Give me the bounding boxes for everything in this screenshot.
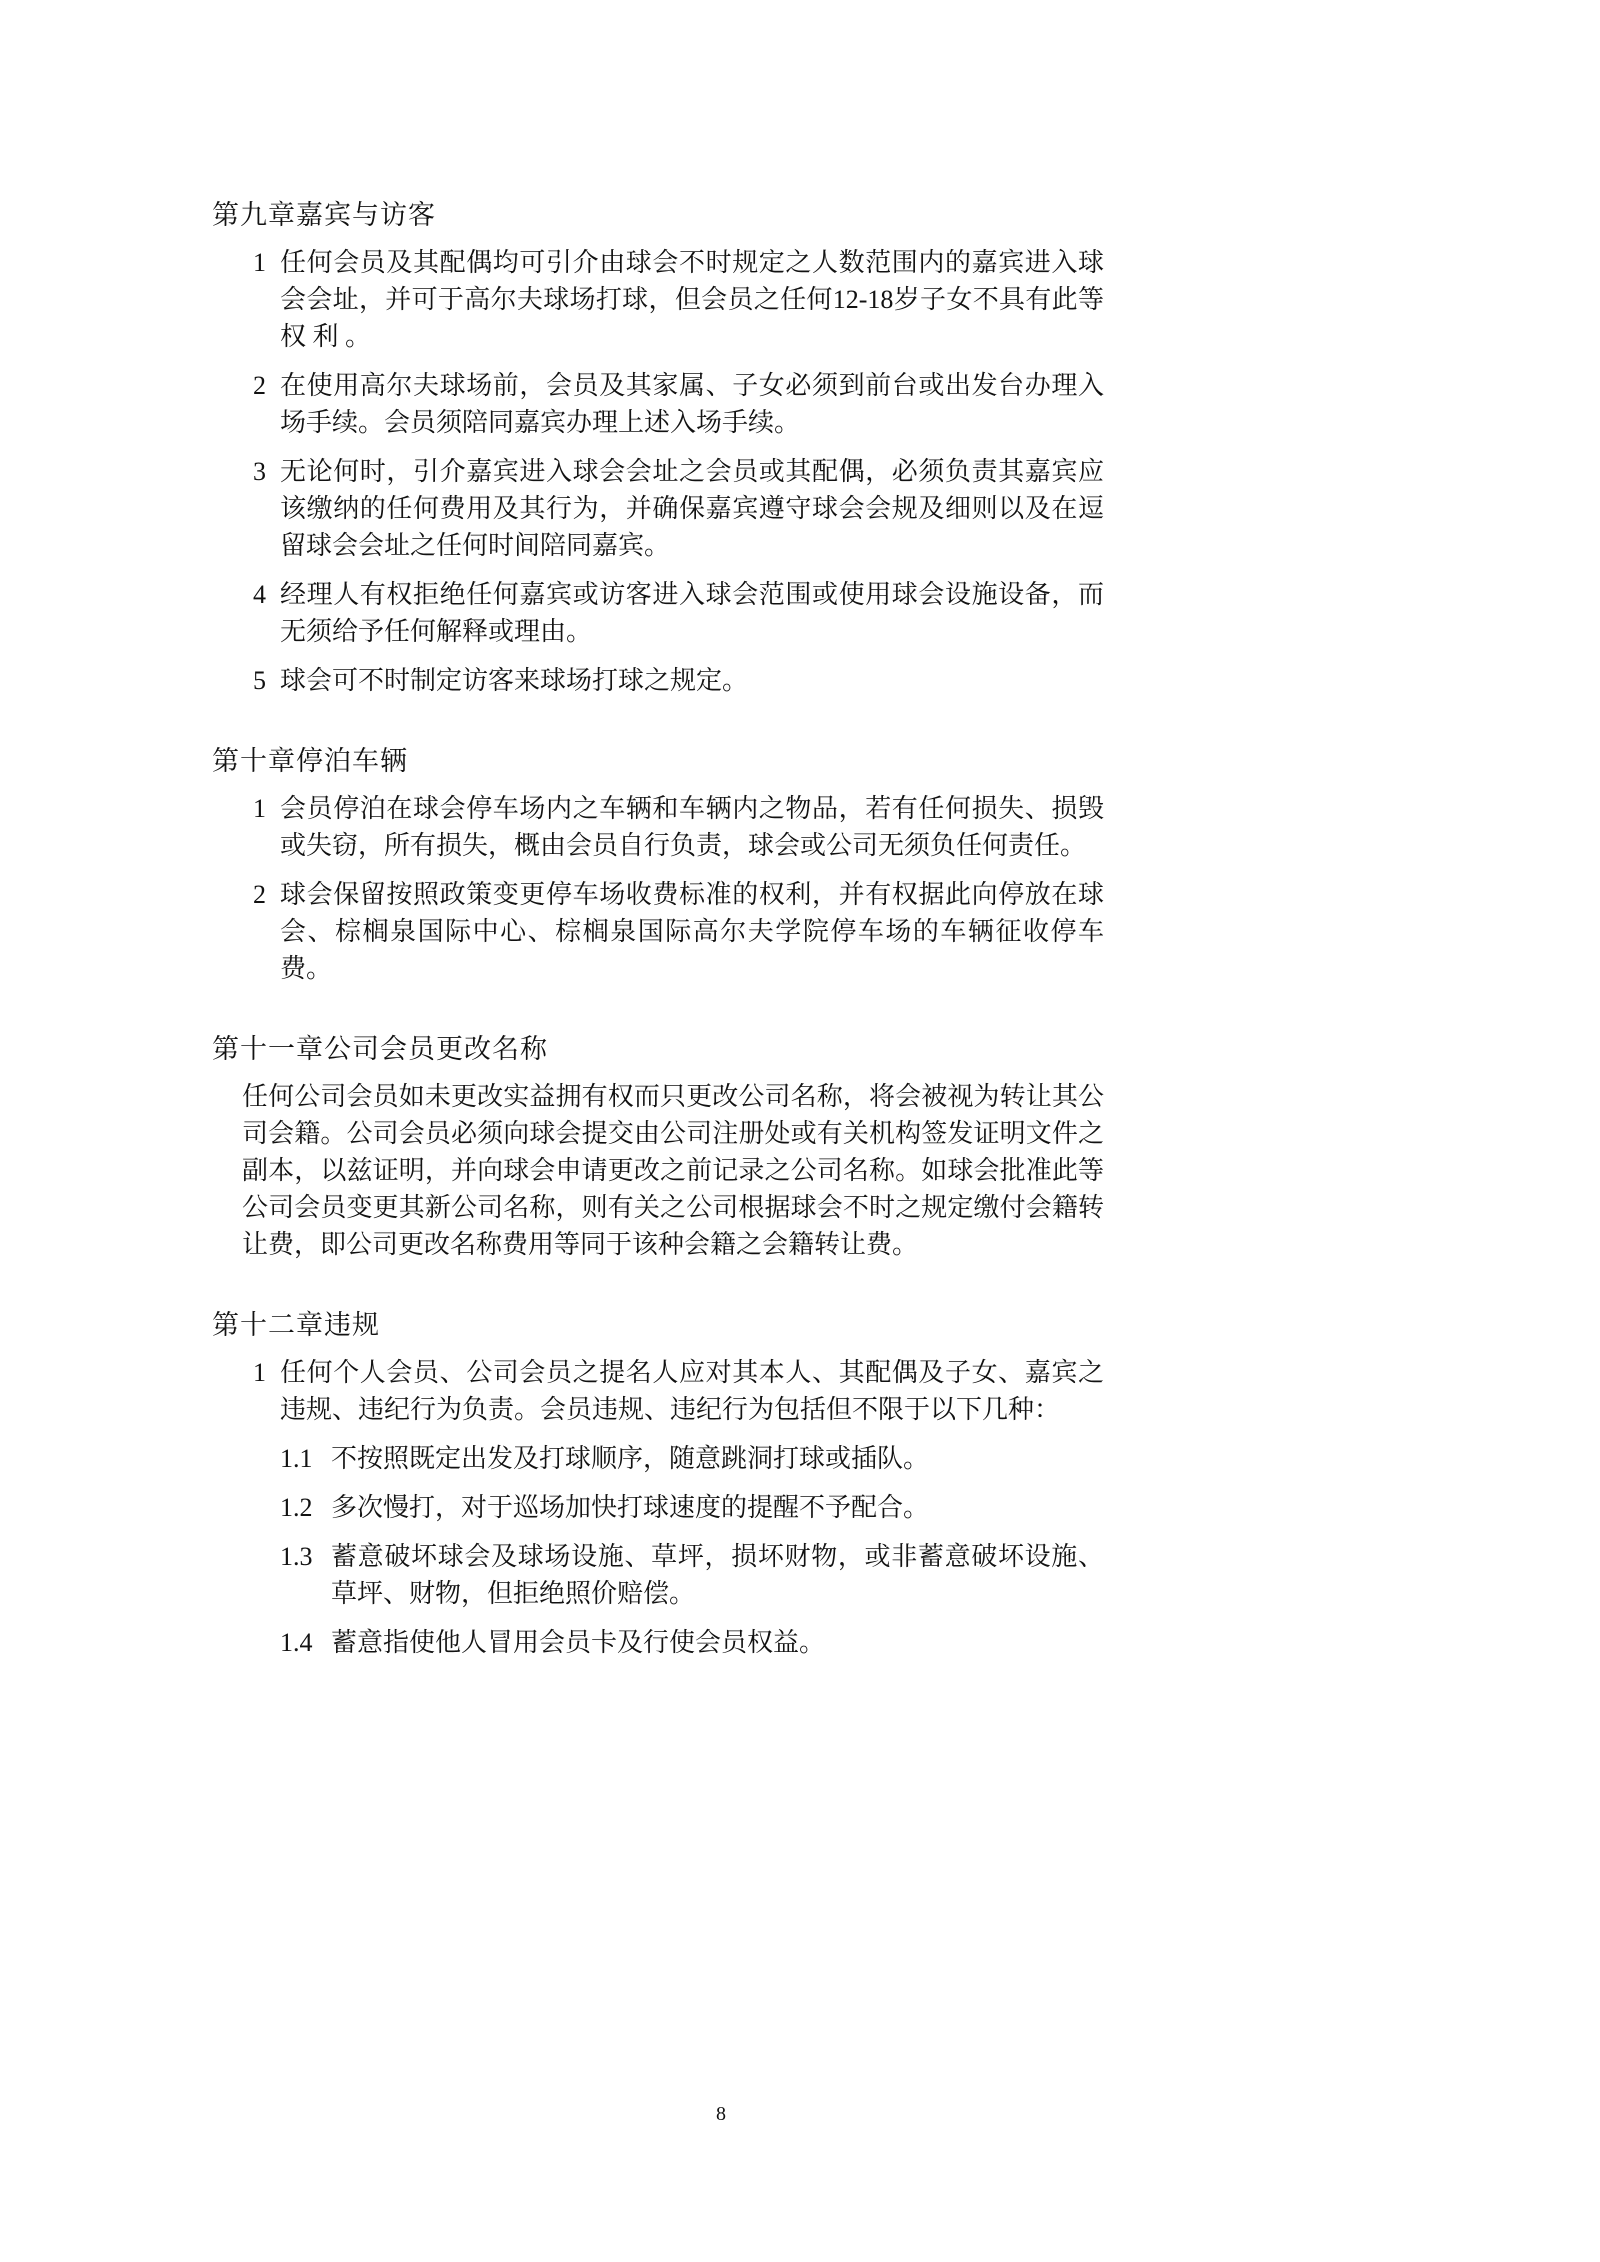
chapter-10-parking: 第十章停泊车辆 1 会员停泊在球会停车场内之车辆和车辆内之物品，若有任何损失、损… (212, 743, 1104, 987)
item-text: 球会保留按照政策变更停车场收费标准的权利，并有权据此向停放在球会、棕榈泉国际中心… (280, 876, 1104, 987)
sub-list-item: 1.4 蓄意指使他人冒用会员卡及行使会员权益。 (280, 1624, 1104, 1661)
chapter-10-title: 第十章停泊车辆 (212, 743, 1104, 780)
sub-list-item: 1.2 多次慢打，对于巡场加快打球速度的提醒不予配合。 (280, 1489, 1104, 1526)
chapter-12-title: 第十二章违规 (212, 1307, 1104, 1344)
subitem-number: 1.3 (280, 1538, 331, 1612)
sub-list-item: 1.1 不按照既定出发及打球顺序，随意跳洞打球或插队。 (280, 1440, 1104, 1477)
item-text: 球会可不时制定访客来球场打球之规定。 (280, 662, 1104, 699)
item-text: 在使用高尔夫球场前，会员及其家属、子女必须到前台或出发台办理入场手续。会员须陪同… (280, 367, 1104, 441)
document-page: 第九章嘉宾与访客 1 任何会员及其配偶均可引介由球会不时规定之人数范围内的嘉宾进… (0, 0, 1600, 2262)
chapter-9-title: 第九章嘉宾与访客 (212, 197, 1104, 234)
list-item: 1 会员停泊在球会停车场内之车辆和车辆内之物品，若有任何损失、损毁或失窃，所有损… (212, 790, 1104, 864)
list-item: 2 在使用高尔夫球场前，会员及其家属、子女必须到前台或出发台办理入场手续。会员须… (212, 367, 1104, 441)
item-number: 2 (253, 876, 280, 987)
item-number: 1 (253, 1354, 280, 1661)
list-item: 1 任何会员及其配偶均可引介由球会不时规定之人数范围内的嘉宾进入球会会址，并可于… (212, 244, 1104, 355)
chapter-9-guests-and-visitors: 第九章嘉宾与访客 1 任何会员及其配偶均可引介由球会不时规定之人数范围内的嘉宾进… (212, 197, 1104, 699)
page-number: 8 (716, 2100, 740, 2128)
list-item: 5 球会可不时制定访客来球场打球之规定。 (212, 662, 1104, 699)
chapter-11-corporate-member-name-change: 第十一章公司会员更改名称 任何公司会员如未更改实益拥有权而只更改公司名称，将会被… (212, 1031, 1104, 1263)
item-text: 会员停泊在球会停车场内之车辆和车辆内之物品，若有任何损失、损毁或失窃，所有损失，… (280, 790, 1104, 864)
list-item: 3 无论何时，引介嘉宾进入球会会址之会员或其配偶，必须负责其嘉宾应该缴纳的任何费… (212, 453, 1104, 564)
item-number: 5 (253, 662, 280, 699)
subitem-text: 蓄意破坏球会及球场设施、草坪，损坏财物，或非蓄意破坏设施、草坪、财物，但拒绝照价… (331, 1538, 1104, 1612)
item-text-block: 任何个人会员、公司会员之提名人应对其本人、其配偶及子女、嘉宾之违规、违纪行为负责… (280, 1354, 1104, 1661)
subitem-number: 1.4 (280, 1624, 331, 1661)
subitem-text: 不按照既定出发及打球顺序，随意跳洞打球或插队。 (331, 1440, 1104, 1477)
list-item: 4 经理人有权拒绝任何嘉宾或访客进入球会范围或使用球会设施设备，而无须给予任何解… (212, 576, 1104, 650)
item-number: 4 (253, 576, 280, 650)
item-text: 任何个人会员、公司会员之提名人应对其本人、其配偶及子女、嘉宾之违规、违纪行为负责… (280, 1354, 1104, 1428)
item-number: 2 (253, 367, 280, 441)
chapter-12-violations: 第十二章违规 1 任何个人会员、公司会员之提名人应对其本人、其配偶及子女、嘉宾之… (212, 1307, 1104, 1661)
sub-list-item: 1.3 蓄意破坏球会及球场设施、草坪，损坏财物，或非蓄意破坏设施、草坪、财物，但… (280, 1538, 1104, 1612)
chapter-11-title: 第十一章公司会员更改名称 (212, 1031, 1104, 1068)
list-item: 1 任何个人会员、公司会员之提名人应对其本人、其配偶及子女、嘉宾之违规、违纪行为… (212, 1354, 1104, 1661)
item-number: 1 (253, 790, 280, 864)
subitem-text: 多次慢打，对于巡场加快打球速度的提醒不予配合。 (331, 1489, 1104, 1526)
document-content: 第九章嘉宾与访客 1 任何会员及其配偶均可引介由球会不时规定之人数范围内的嘉宾进… (212, 197, 1104, 1705)
list-item: 2 球会保留按照政策变更停车场收费标准的权利，并有权据此向停放在球会、棕榈泉国际… (212, 876, 1104, 987)
item-number: 1 (253, 244, 280, 355)
chapter-11-paragraph: 任何公司会员如未更改实益拥有权而只更改公司名称，将会被视为转让其公司会籍。公司会… (242, 1078, 1104, 1263)
item-text: 经理人有权拒绝任何嘉宾或访客进入球会范围或使用球会设施设备，而无须给予任何解释或… (280, 576, 1104, 650)
item-text: 无论何时，引介嘉宾进入球会会址之会员或其配偶，必须负责其嘉宾应该缴纳的任何费用及… (280, 453, 1104, 564)
subitem-number: 1.2 (280, 1489, 331, 1526)
subitem-text: 蓄意指使他人冒用会员卡及行使会员权益。 (331, 1624, 1104, 1661)
item-number: 3 (253, 453, 280, 564)
item-text: 任何会员及其配偶均可引介由球会不时规定之人数范围内的嘉宾进入球会会址，并可于高尔… (280, 244, 1104, 355)
subitem-number: 1.1 (280, 1440, 331, 1477)
